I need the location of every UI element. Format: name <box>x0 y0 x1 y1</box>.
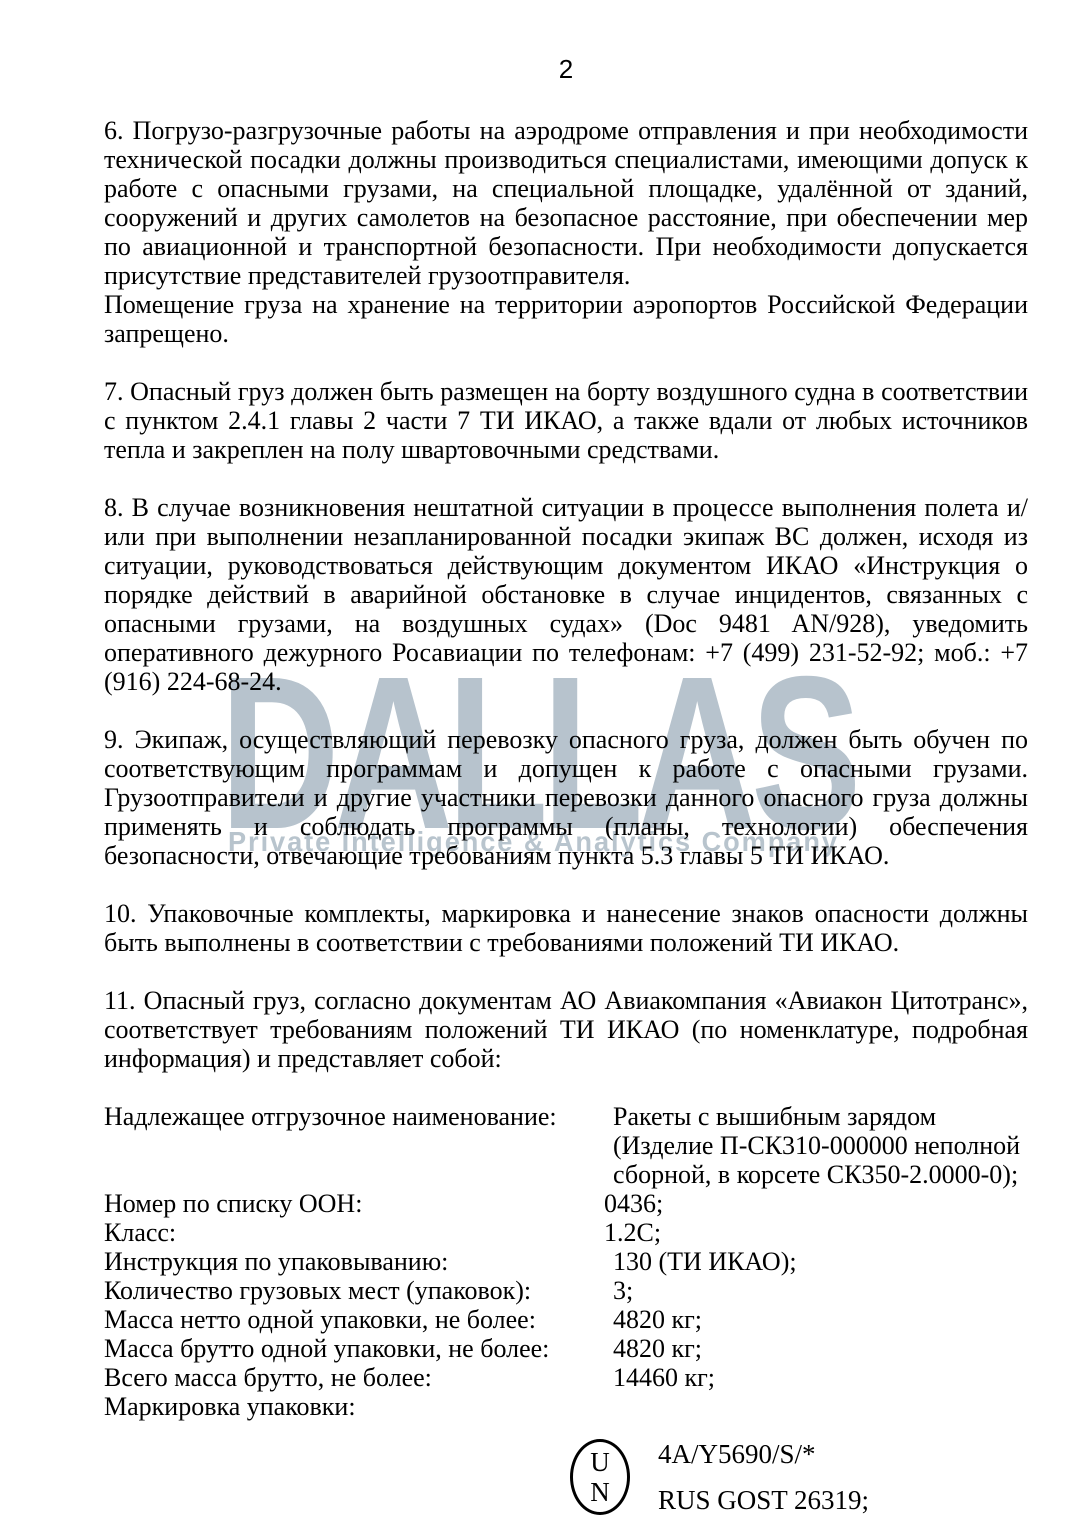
spec-value-packing-instruction: 130 (ТИ ИКАО); <box>604 1247 1028 1276</box>
spec-value-un-number: 0436; <box>604 1189 1028 1218</box>
value-line: Ракеты с вышибным зарядом <box>613 1102 1028 1131</box>
un-mark-letter-n: N <box>590 1477 610 1507</box>
un-certification-mark-icon: U N <box>570 1439 630 1515</box>
spec-label-package-marking: Маркировка упаковки: <box>104 1392 604 1421</box>
spec-label-total-gross-mass: Всего масса брутто, не более: <box>104 1363 604 1392</box>
spec-label-un-number: Номер по списку ООН: <box>104 1189 604 1218</box>
un-mark-letter-u: U <box>590 1447 610 1477</box>
table-row: Масса брутто одной упаковки, не более: 4… <box>104 1334 1028 1363</box>
document-content: 2 6. Погрузо-разгрузочные работы на аэро… <box>0 0 1080 1528</box>
spec-label-package-count: Количество грузовых мест (упаковок): <box>104 1276 604 1305</box>
page-number: 2 <box>104 54 1028 84</box>
marking-code-line-1: 4A/Y5690/S/* <box>658 1431 869 1477</box>
value-line: сборной, в корсете СК350-2.0000-0); <box>613 1160 1028 1189</box>
spec-label-gross-mass: Масса брутто одной упаковки, не более: <box>104 1334 604 1363</box>
paragraph-6-continuation: Помещение груза на хранение на территори… <box>104 290 1028 348</box>
table-row: Надлежащее отгрузочное наименование: Рак… <box>104 1102 1028 1189</box>
package-marking-block: U N 4A/Y5690/S/* RUS GOST 26319; <box>570 1431 1028 1523</box>
table-row: Класс: 1.2C; <box>104 1218 1028 1247</box>
table-row: Номер по списку ООН: 0436; <box>104 1189 1028 1218</box>
spec-label-packing-instruction: Инструкция по упаковыванию: <box>104 1247 604 1276</box>
value-line: (Изделие П-СК310-000000 неполной <box>613 1131 1028 1160</box>
spec-value-net-mass: 4820 кг; <box>604 1305 1028 1334</box>
spec-value-proper-shipping-name: Ракеты с вышибным зарядом (Изделие П-СК3… <box>604 1102 1028 1189</box>
paragraph-9: 9. Экипаж, осуществляющий перевозку опас… <box>104 725 1028 870</box>
paragraph-11: 11. Опасный груз, согласно документам АО… <box>104 986 1028 1073</box>
spec-label-class: Класс: <box>104 1218 604 1247</box>
cargo-details-table: Надлежащее отгрузочное наименование: Рак… <box>104 1102 1028 1523</box>
paragraph-6: 6. Погрузо-разгрузочные работы на аэродр… <box>104 116 1028 290</box>
paragraph-10: 10. Упаковочные комплекты, маркировка и … <box>104 899 1028 957</box>
marking-code-line-2: RUS GOST 26319; <box>658 1477 869 1523</box>
spec-value-gross-mass: 4820 кг; <box>604 1334 1028 1363</box>
document-page: DALLAS Private Intelligence & Analytics … <box>0 0 1080 1528</box>
spec-label-proper-shipping-name: Надлежащее отгрузочное наименование: <box>104 1102 604 1131</box>
spec-value-package-count: 3; <box>604 1276 1028 1305</box>
paragraph-7: 7. Опасный груз должен быть размещен на … <box>104 377 1028 464</box>
paragraph-8: 8. В случае возникновения нештатной ситу… <box>104 493 1028 696</box>
table-row: Инструкция по упаковыванию: 130 (ТИ ИКАО… <box>104 1247 1028 1276</box>
spec-label-net-mass: Масса нетто одной упаковки, не более: <box>104 1305 604 1334</box>
table-row: Маркировка упаковки: <box>104 1392 1028 1421</box>
spec-value-class: 1.2C; <box>604 1218 1028 1247</box>
marking-codes: 4A/Y5690/S/* RUS GOST 26319; <box>658 1431 869 1523</box>
spec-value-total-gross-mass: 14460 кг; <box>604 1363 1028 1392</box>
table-row: Количество грузовых мест (упаковок): 3; <box>104 1276 1028 1305</box>
table-row: Всего масса брутто, не более: 14460 кг; <box>104 1363 1028 1392</box>
table-row: Масса нетто одной упаковки, не более: 48… <box>104 1305 1028 1334</box>
